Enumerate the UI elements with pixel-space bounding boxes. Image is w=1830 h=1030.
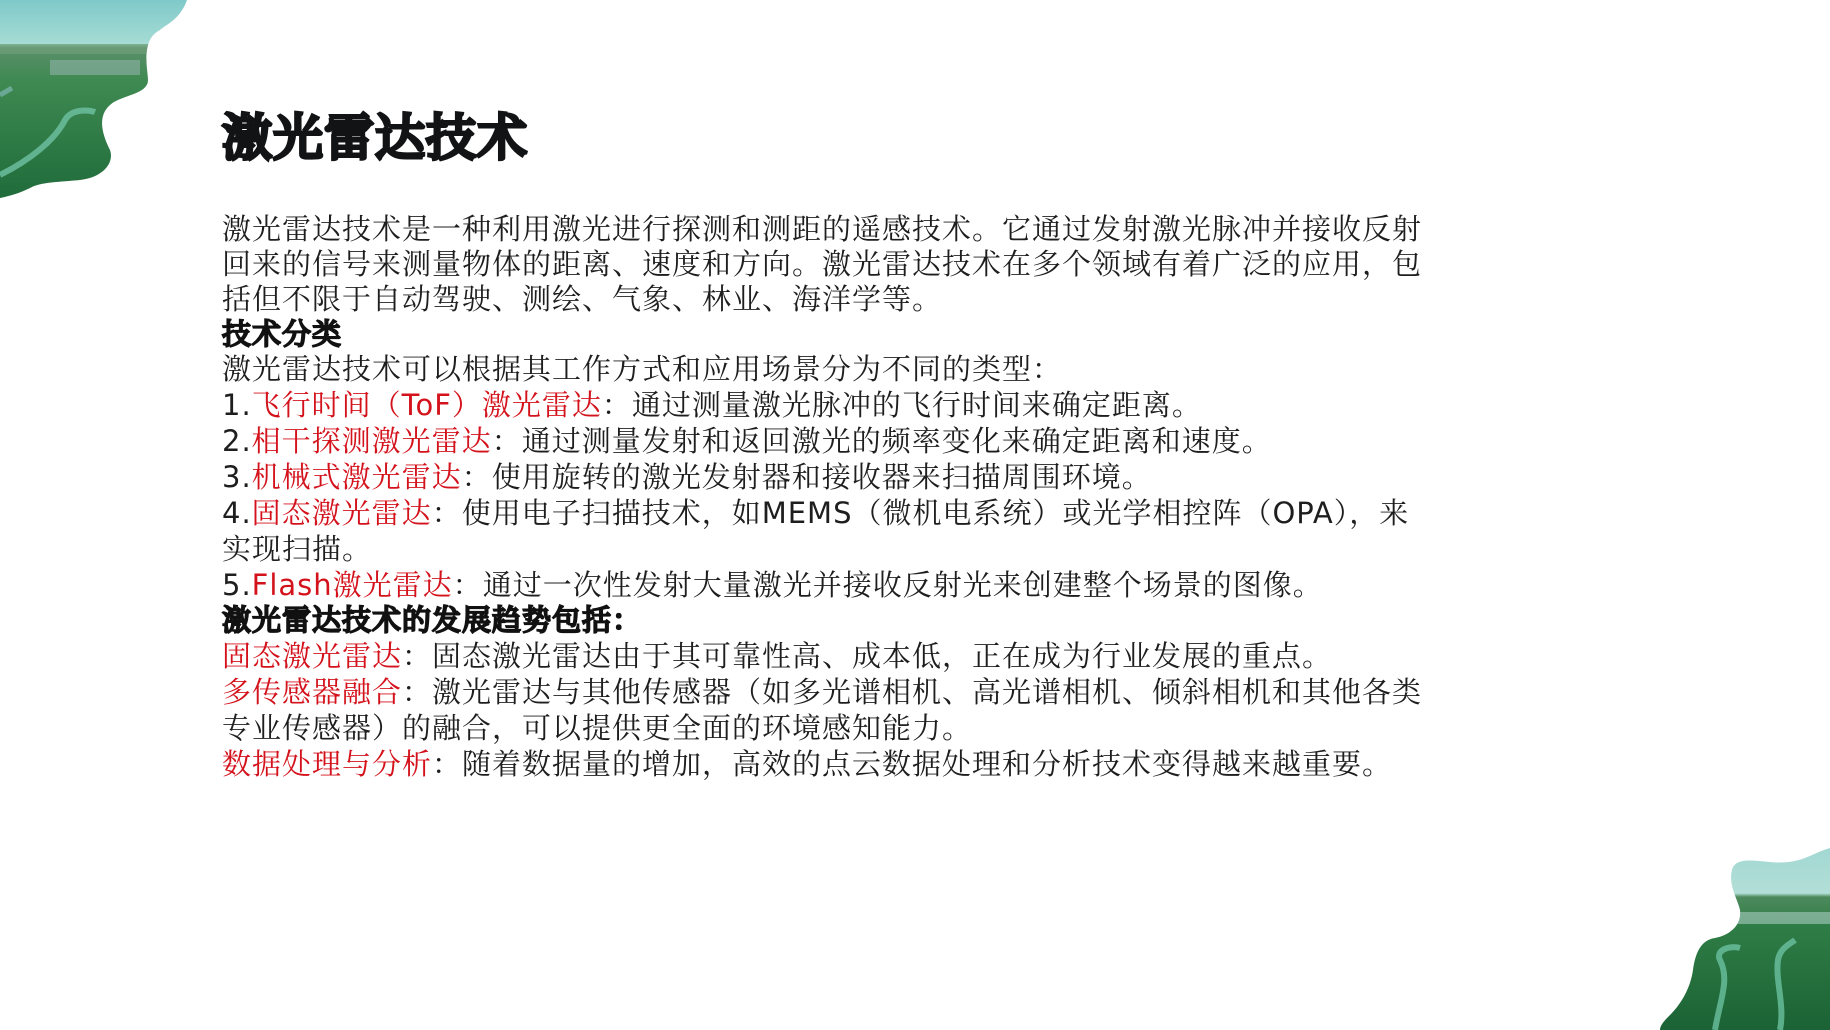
list-item: 多传感器融合：激光雷达与其他传感器（如多光谱相机、高光谱相机、倾斜相机和其他各类 — [222, 674, 1622, 710]
landscape-photo-blob-top-left — [0, 0, 190, 200]
item-number: 5. — [222, 568, 252, 602]
item-text: 通过测量激光脉冲的飞行时间来确定距离。 — [632, 388, 1202, 422]
item-separator: ： — [492, 424, 522, 458]
item-text: 固态激光雷达由于其可靠性高、成本低，正在成为行业发展的重点。 — [432, 639, 1332, 673]
list-item: 1.飞行时间（ToF）激光雷达：通过测量激光脉冲的飞行时间来确定距离。 — [222, 387, 1622, 423]
item-number: 3. — [222, 460, 252, 494]
list-item: 3.机械式激光雷达：使用旋转的激光发射器和接收器来扫描周围环境。 — [222, 459, 1622, 495]
item-label: 固态激光雷达 — [222, 639, 402, 673]
slide-content: 激光雷达技术 激光雷达技术是一种利用激光进行探测和测距的遥感技术。它通过发射激光… — [222, 108, 1622, 782]
item-separator: ： — [462, 460, 492, 494]
intro-line: 括但不限于自动驾驶、测绘、气象、林业、海洋学等。 — [222, 282, 1622, 317]
item-text: 激光雷达与其他传感器（如多光谱相机、高光谱相机、倾斜相机和其他各类 — [432, 675, 1422, 709]
list-item: 数据处理与分析：随着数据量的增加，高效的点云数据处理和分析技术变得越来越重要。 — [222, 746, 1622, 782]
section-heading-trends: 激光雷达技术的发展趋势包括： — [222, 603, 1622, 638]
item-label: Flash激光雷达 — [252, 568, 453, 602]
item-label: 多传感器融合 — [222, 675, 402, 709]
trends-list: 固态激光雷达：固态激光雷达由于其可靠性高、成本低，正在成为行业发展的重点。 多传… — [222, 638, 1622, 782]
item-text: 通过一次性发射大量激光并接收反射光来创建整个场景的图像。 — [483, 568, 1323, 602]
list-item-continuation: 实现扫描。 — [222, 531, 1622, 567]
list-item: 固态激光雷达：固态激光雷达由于其可靠性高、成本低，正在成为行业发展的重点。 — [222, 638, 1622, 674]
classification-list: 1.飞行时间（ToF）激光雷达：通过测量激光脉冲的飞行时间来确定距离。 2.相干… — [222, 387, 1622, 603]
section-heading-classification: 技术分类 — [222, 317, 1622, 352]
item-label: 数据处理与分析 — [222, 747, 432, 781]
item-separator: ： — [432, 747, 462, 781]
item-number: 4. — [222, 496, 252, 530]
item-label: 相干探测激光雷达 — [252, 424, 492, 458]
intro-line: 激光雷达技术是一种利用激光进行探测和测距的遥感技术。它通过发射激光脉冲并接收反射 — [222, 212, 1622, 247]
item-text: 通过测量发射和返回激光的频率变化来确定距离和速度。 — [522, 424, 1272, 458]
landscape-photo-blob-bottom-right — [1660, 840, 1830, 1030]
item-separator: ： — [432, 496, 462, 530]
item-separator: ： — [402, 675, 432, 709]
item-text: 随着数据量的增加，高效的点云数据处理和分析技术变得越来越重要。 — [462, 747, 1392, 781]
item-separator: ： — [453, 568, 483, 602]
list-item: 5.Flash激光雷达：通过一次性发射大量激光并接收反射光来创建整个场景的图像。 — [222, 567, 1622, 603]
item-number: 1. — [222, 388, 252, 422]
item-label: 机械式激光雷达 — [252, 460, 462, 494]
list-item: 4.固态激光雷达：使用电子扫描技术，如MEMS（微机电系统）或光学相控阵（OPA… — [222, 495, 1622, 531]
intro-line: 回来的信号来测量物体的距离、速度和方向。激光雷达技术在多个领域有着广泛的应用，包 — [222, 247, 1622, 282]
classification-lead: 激光雷达技术可以根据其工作方式和应用场景分为不同的类型： — [222, 352, 1622, 387]
item-number: 2. — [222, 424, 252, 458]
item-text: 使用旋转的激光发射器和接收器来扫描周围环境。 — [492, 460, 1152, 494]
slide-title: 激光雷达技术 — [222, 108, 1622, 168]
item-label: 飞行时间（ToF）激光雷达 — [252, 388, 602, 422]
item-separator: ： — [402, 639, 432, 673]
item-text: 使用电子扫描技术，如MEMS（微机电系统）或光学相控阵（OPA），来 — [462, 496, 1410, 530]
item-label: 固态激光雷达 — [252, 496, 432, 530]
item-separator: ： — [602, 388, 632, 422]
list-item: 2.相干探测激光雷达：通过测量发射和返回激光的频率变化来确定距离和速度。 — [222, 423, 1622, 459]
intro-paragraph: 激光雷达技术是一种利用激光进行探测和测距的遥感技术。它通过发射激光脉冲并接收反射… — [222, 212, 1622, 317]
list-item-continuation: 专业传感器）的融合，可以提供更全面的环境感知能力。 — [222, 710, 1622, 746]
